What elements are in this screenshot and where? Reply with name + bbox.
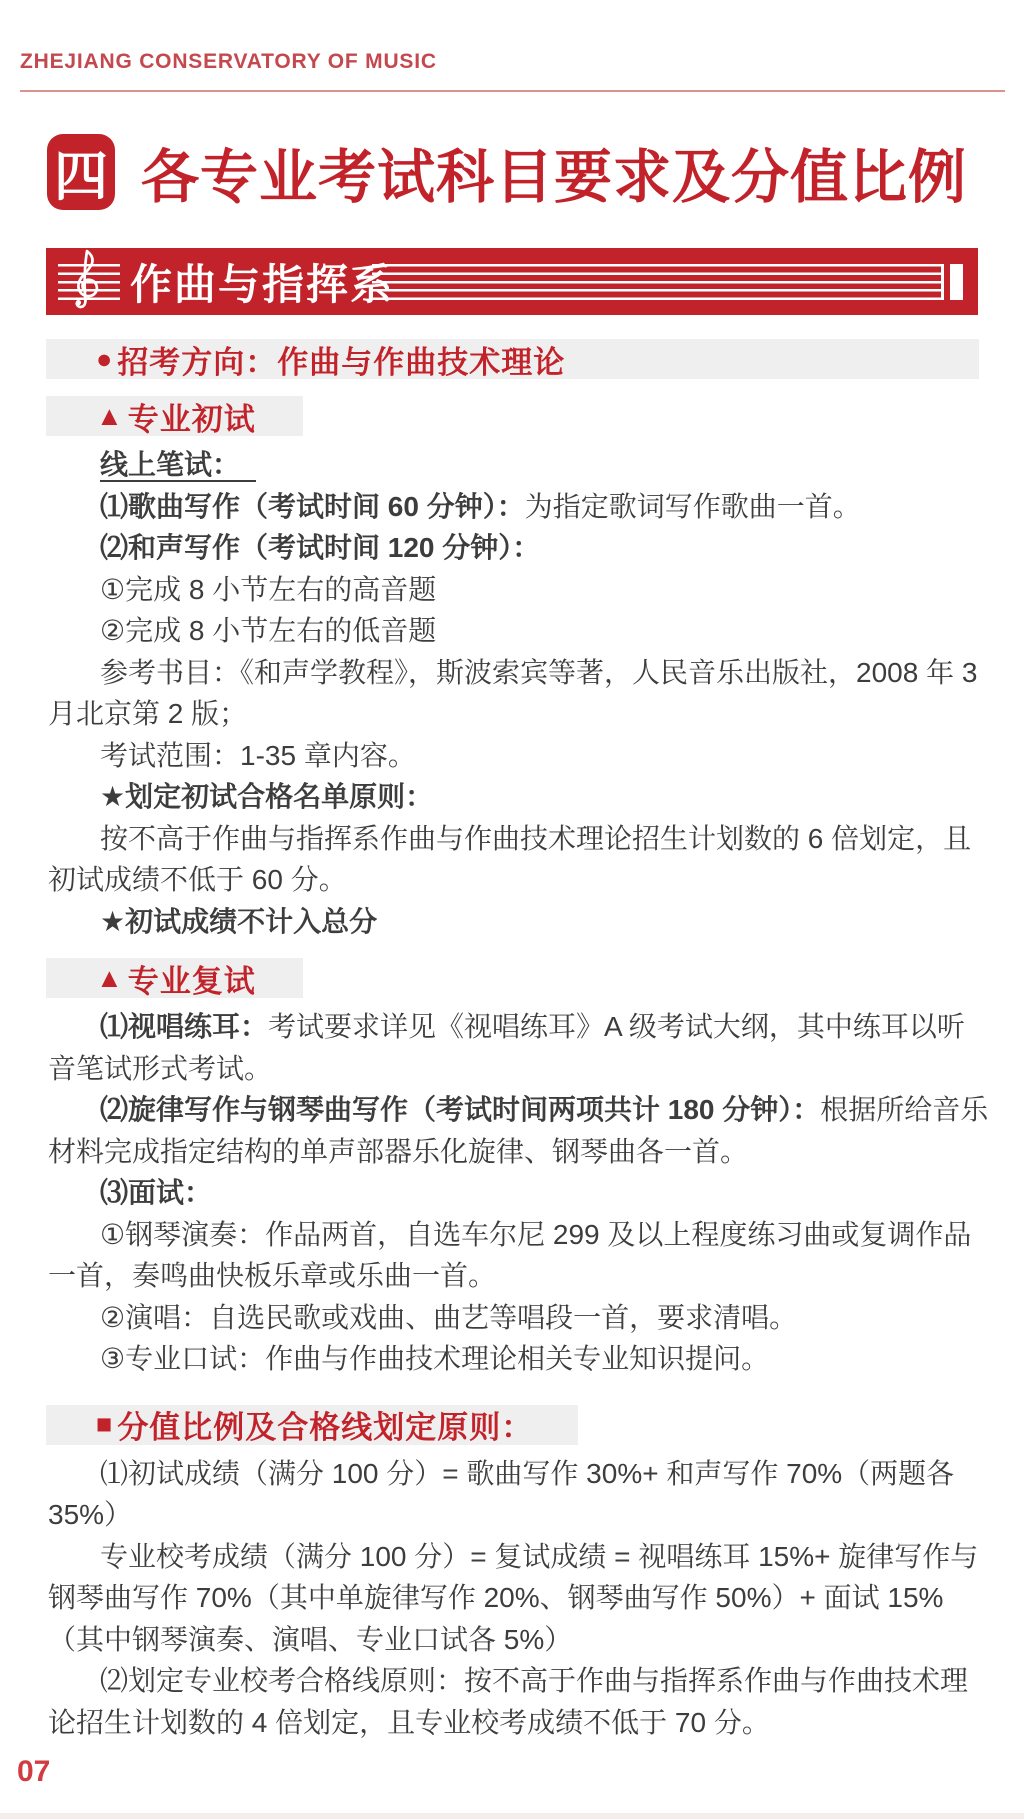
paragraph: ⑴初试成绩（满分 100 分）= 歌曲写作 30%+ 和声写作 70%（两题各 … <box>48 1453 992 1536</box>
triangle-icon: ▲ <box>96 965 123 992</box>
paragraph: 按不高于作曲与指挥系作曲与作曲技术理论招生计划数的 6 倍划定，且初试成绩不低于… <box>48 818 992 901</box>
initial-exam-content: 线上笔试： ⑴歌曲写作（考试时间 60 分钟）：为指定歌词写作歌曲一首。 ⑵和声… <box>48 444 992 942</box>
paragraph: ⑴视唱练耳：考试要求详见《视唱练耳》A 级考试大纲，其中练耳以听音笔试形式考试。 <box>48 1006 992 1089</box>
paragraph: 参考书目：《和声学教程》，斯波索宾等著，人民音乐出版社，2008 年 3 月北京… <box>48 652 992 735</box>
header-divider <box>20 90 1005 92</box>
section-title-row: 四 各专业考试科目要求及分值比例 <box>47 132 1024 212</box>
staff-lines-icon <box>372 264 944 300</box>
second-exam-content: ⑴视唱练耳：考试要求详见《视唱练耳》A 级考试大纲，其中练耳以听音笔试形式考试。… <box>48 1006 992 1380</box>
barline-icon <box>941 264 944 300</box>
paragraph: ①完成 8 小节左右的高音题 <box>48 569 992 611</box>
triangle-icon: ▲ <box>96 403 123 430</box>
treble-clef-icon <box>70 249 103 314</box>
heading-score-ratio: ■ 分值比例及合格线划定原则： <box>46 1405 578 1445</box>
paragraph: ⑶面试： <box>48 1172 992 1214</box>
paragraph: ★初试成绩不计入总分 <box>48 901 992 943</box>
paragraph: ②演唱：自选民歌或戏曲、曲艺等唱段一首，要求清唱。 <box>48 1297 992 1339</box>
paragraph: ★划定初试合格名单原则： <box>48 776 992 818</box>
department-name: 作曲与指挥系 <box>130 248 394 315</box>
page-number: 07 <box>17 1755 1024 1789</box>
heading-label: 专业初试 <box>128 394 256 439</box>
paragraph: ①钢琴演奏：作品两首，自选车尔尼 299 及以上程度练习曲或复调作品一首，奏鸣曲… <box>48 1214 992 1297</box>
subheading-online-written-test: 线上笔试： <box>100 449 256 482</box>
paragraph: ⑴歌曲写作（考试时间 60 分钟）：为指定歌词写作歌曲一首。 <box>48 486 992 528</box>
page-title: 各专业考试科目要求及分值比例 <box>141 130 967 214</box>
heading-label: 招考方向：作曲与作曲技术理论 <box>117 337 565 382</box>
bottom-strip <box>0 1813 1024 1819</box>
section-number-badge: 四 <box>47 134 115 210</box>
final-barline-icon <box>950 264 963 300</box>
paragraph: ⑵旋律写作与钢琴曲写作（考试时间两项共计 180 分钟）：根据所给音乐材料完成指… <box>48 1089 992 1172</box>
heading-initial-exam: ▲ 专业初试 <box>46 396 303 436</box>
heading-label: 专业复试 <box>128 956 256 1001</box>
paragraph: 专业校考成绩（满分 100 分）= 复试成绩 = 视唱练耳 15%+ 旋律写作与… <box>48 1536 992 1661</box>
org-name: ZHEJIANG CONSERVATORY OF MUSIC <box>20 50 1024 74</box>
paragraph: ②完成 8 小节左右的低音题 <box>48 610 992 652</box>
paragraph: ⑵和声写作（考试时间 120 分钟）： <box>48 527 992 569</box>
paragraph: ⑵划定专业校考合格线原则：按不高于作曲与指挥系作曲与作曲技术理论招生计划数的 4… <box>48 1660 992 1743</box>
heading-second-exam: ▲ 专业复试 <box>46 958 303 998</box>
paragraph: 线上笔试： <box>48 444 992 486</box>
department-banner: 作曲与指挥系 <box>46 248 978 315</box>
score-ratio-content: ⑴初试成绩（满分 100 分）= 歌曲写作 30%+ 和声写作 70%（两题各 … <box>48 1453 992 1744</box>
paragraph: ③专业口试：作曲与作曲技术理论相关专业知识提问。 <box>48 1338 992 1380</box>
document-page: ZHEJIANG CONSERVATORY OF MUSIC 四 各专业考试科目… <box>0 0 1024 1819</box>
square-icon: ■ <box>96 1411 112 1438</box>
paragraph: 考试范围：1-35 章内容。 <box>48 735 992 777</box>
heading-label: 分值比例及合格线划定原则： <box>117 1402 533 1447</box>
bullet-circle-icon: ● <box>96 346 112 373</box>
heading-admission-direction: ● 招考方向：作曲与作曲技术理论 <box>46 339 979 379</box>
